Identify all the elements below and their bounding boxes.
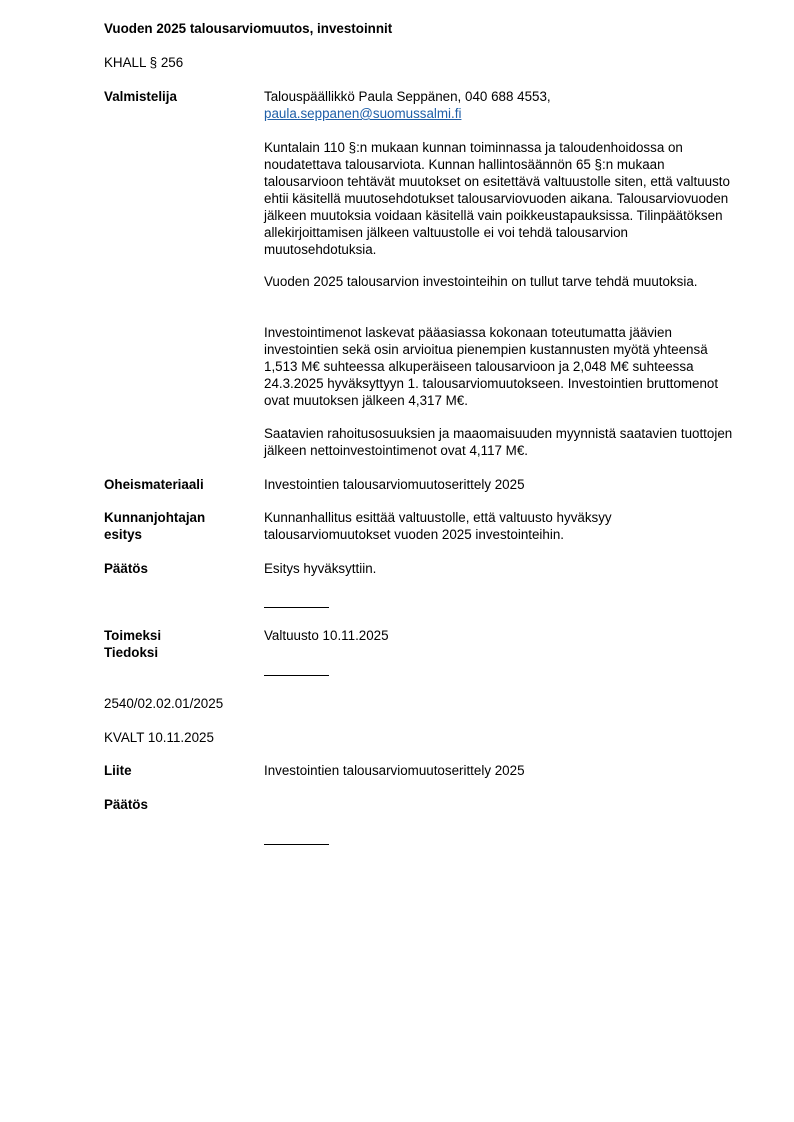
proposal-label-line1: Kunnanjohtajan [104,509,205,526]
forwarding-label-line2: Tiedoksi [104,644,158,661]
document-title: Vuoden 2025 talousarviomuutos, investoin… [104,20,392,37]
body-paragraph-costs: Investointimenot laskevat pääasiassa kok… [264,324,734,409]
separator-line [264,844,329,845]
forwarding-value: Valtuusto 10.11.2025 [264,627,389,644]
decision-label-council: Päätös [104,796,148,813]
attachment-material-value: Investointien talousarviomuutoserittely … [264,476,525,493]
council-reference: KVALT 10.11.2025 [104,729,214,746]
section-reference: KHALL § 256 [104,54,183,71]
record-id: 2540/02.02.01/2025 [104,695,223,712]
appendix-value: Investointien talousarviomuutoserittely … [264,762,525,779]
proposal-text-line1: Kunnanhallitus esittää valtuustolle, ett… [264,509,612,526]
proposal-text-line2: talousarviomuutokset vuoden 2025 investo… [264,526,564,543]
preparer-contact: Talouspäällikkö Paula Seppänen, 040 688 … [264,88,551,105]
decision-label: Päätös [104,560,148,577]
decision-value: Esitys hyväksyttiin. [264,560,376,577]
proposal-label-line2: esitys [104,526,142,543]
attachment-material-label: Oheismateriaali [104,476,204,493]
preparer-email-link[interactable]: paula.seppanen@suomussalmi.fi [264,106,461,121]
body-paragraph-net: Saatavien rahoitusosuuksien ja maaomaisu… [264,425,734,459]
appendix-label: Liite [104,762,132,779]
preparer-label: Valmistelija [104,88,177,105]
forwarding-label-line1: Toimeksi [104,627,161,644]
separator-line [264,607,329,608]
body-paragraph-need: Vuoden 2025 talousarvion investointeihin… [264,273,734,290]
body-paragraph-budget-law: Kuntalain 110 §:n mukaan kunnan toiminna… [264,139,734,258]
separator-line [264,675,329,676]
